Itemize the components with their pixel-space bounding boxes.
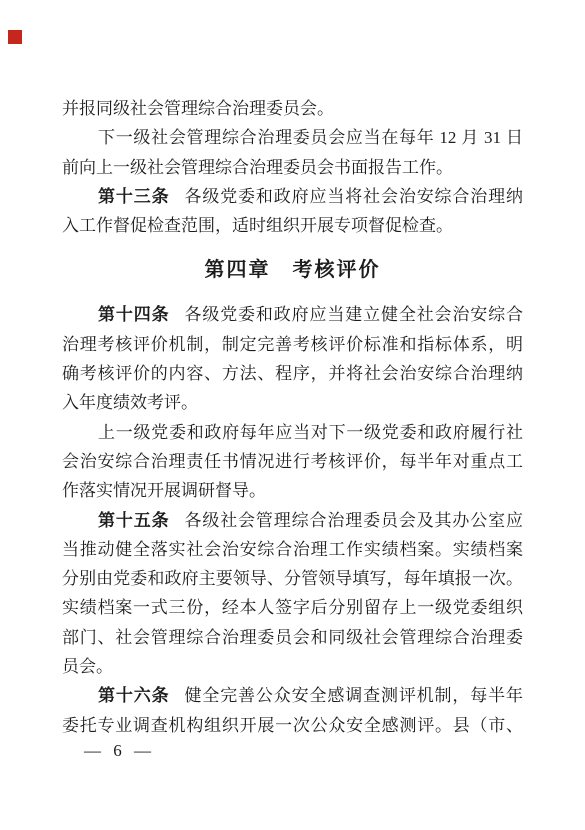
body-text-line: 委托专业调查机构组织开展一次公众安全感测评。县（市、 xyxy=(62,711,523,740)
body-text-line: 并报同级社会管理综合治理委员会。 xyxy=(62,94,523,123)
body-text-line: 下一级社会管理综合治理委员会应当在每年 12 月 31 日 xyxy=(62,123,523,152)
document-body: 并报同级社会管理综合治理委员会。下一级社会管理综合治理委员会应当在每年 12 月… xyxy=(62,94,523,740)
article-number: 第十三条 xyxy=(98,187,169,206)
body-text-line: 前向上一级社会管理综合治理委员会书面报告工作。 xyxy=(62,153,523,182)
body-text-line: 作落实情况开展调研督导。 xyxy=(62,476,523,505)
line-text: 各级党委和政府应当将社会治安综合治理纳 xyxy=(184,187,523,206)
red-stamp-mark xyxy=(8,30,22,44)
page-number: — 6 — xyxy=(84,740,155,762)
body-text-line: 第十三条各级党委和政府应当将社会治安综合治理纳 xyxy=(62,182,523,211)
line-text: 各级党委和政府应当建立健全社会治安综合 xyxy=(184,305,523,324)
body-text-line: 入年度绩效考评。 xyxy=(62,388,523,417)
body-text-line: 第十六条健全完善公众安全感调查测评机制，每半年 xyxy=(62,681,523,710)
body-text-line: 部门、社会管理综合治理委员会和同级社会管理综合治理委 xyxy=(62,623,523,652)
article-number: 第十六条 xyxy=(98,686,169,705)
article-number: 第十五条 xyxy=(98,511,169,530)
body-text-line: 当推动健全落实社会治安综合治理工作实绩档案。实绩档案 xyxy=(62,535,523,564)
chapter-heading: 第四章 考核评价 xyxy=(62,240,523,300)
line-text: 健全完善公众安全感调查测评机制，每半年 xyxy=(184,686,523,705)
article-number: 第十四条 xyxy=(98,305,169,324)
body-text-line: 会治安综合治理责任书情况进行考核评价，每半年对重点工 xyxy=(62,447,523,476)
body-text-line: 第十四条各级党委和政府应当建立健全社会治安综合 xyxy=(62,300,523,329)
body-text-line: 确考核评价的内容、方法、程序，并将社会治安综合治理纳 xyxy=(62,359,523,388)
body-text-line: 上一级党委和政府每年应当对下一级党委和政府履行社 xyxy=(62,418,523,447)
body-text-line: 治理考核评价机制，制定完善考核评价标准和指标体系，明 xyxy=(62,330,523,359)
body-text-line: 实绩档案一式三份，经本人签字后分别留存上一级党委组织 xyxy=(62,593,523,622)
line-text: 各级社会管理综合治理委员会及其办公室应 xyxy=(184,511,523,530)
body-text-line: 入工作督促检查范围，适时组织开展专项督促检查。 xyxy=(62,211,523,240)
body-text-line: 分别由党委和政府主要领导、分管领导填写，每年填报一次。 xyxy=(62,564,523,593)
body-text-line: 员会。 xyxy=(62,652,523,681)
body-text-line: 第十五条各级社会管理综合治理委员会及其办公室应 xyxy=(62,506,523,535)
